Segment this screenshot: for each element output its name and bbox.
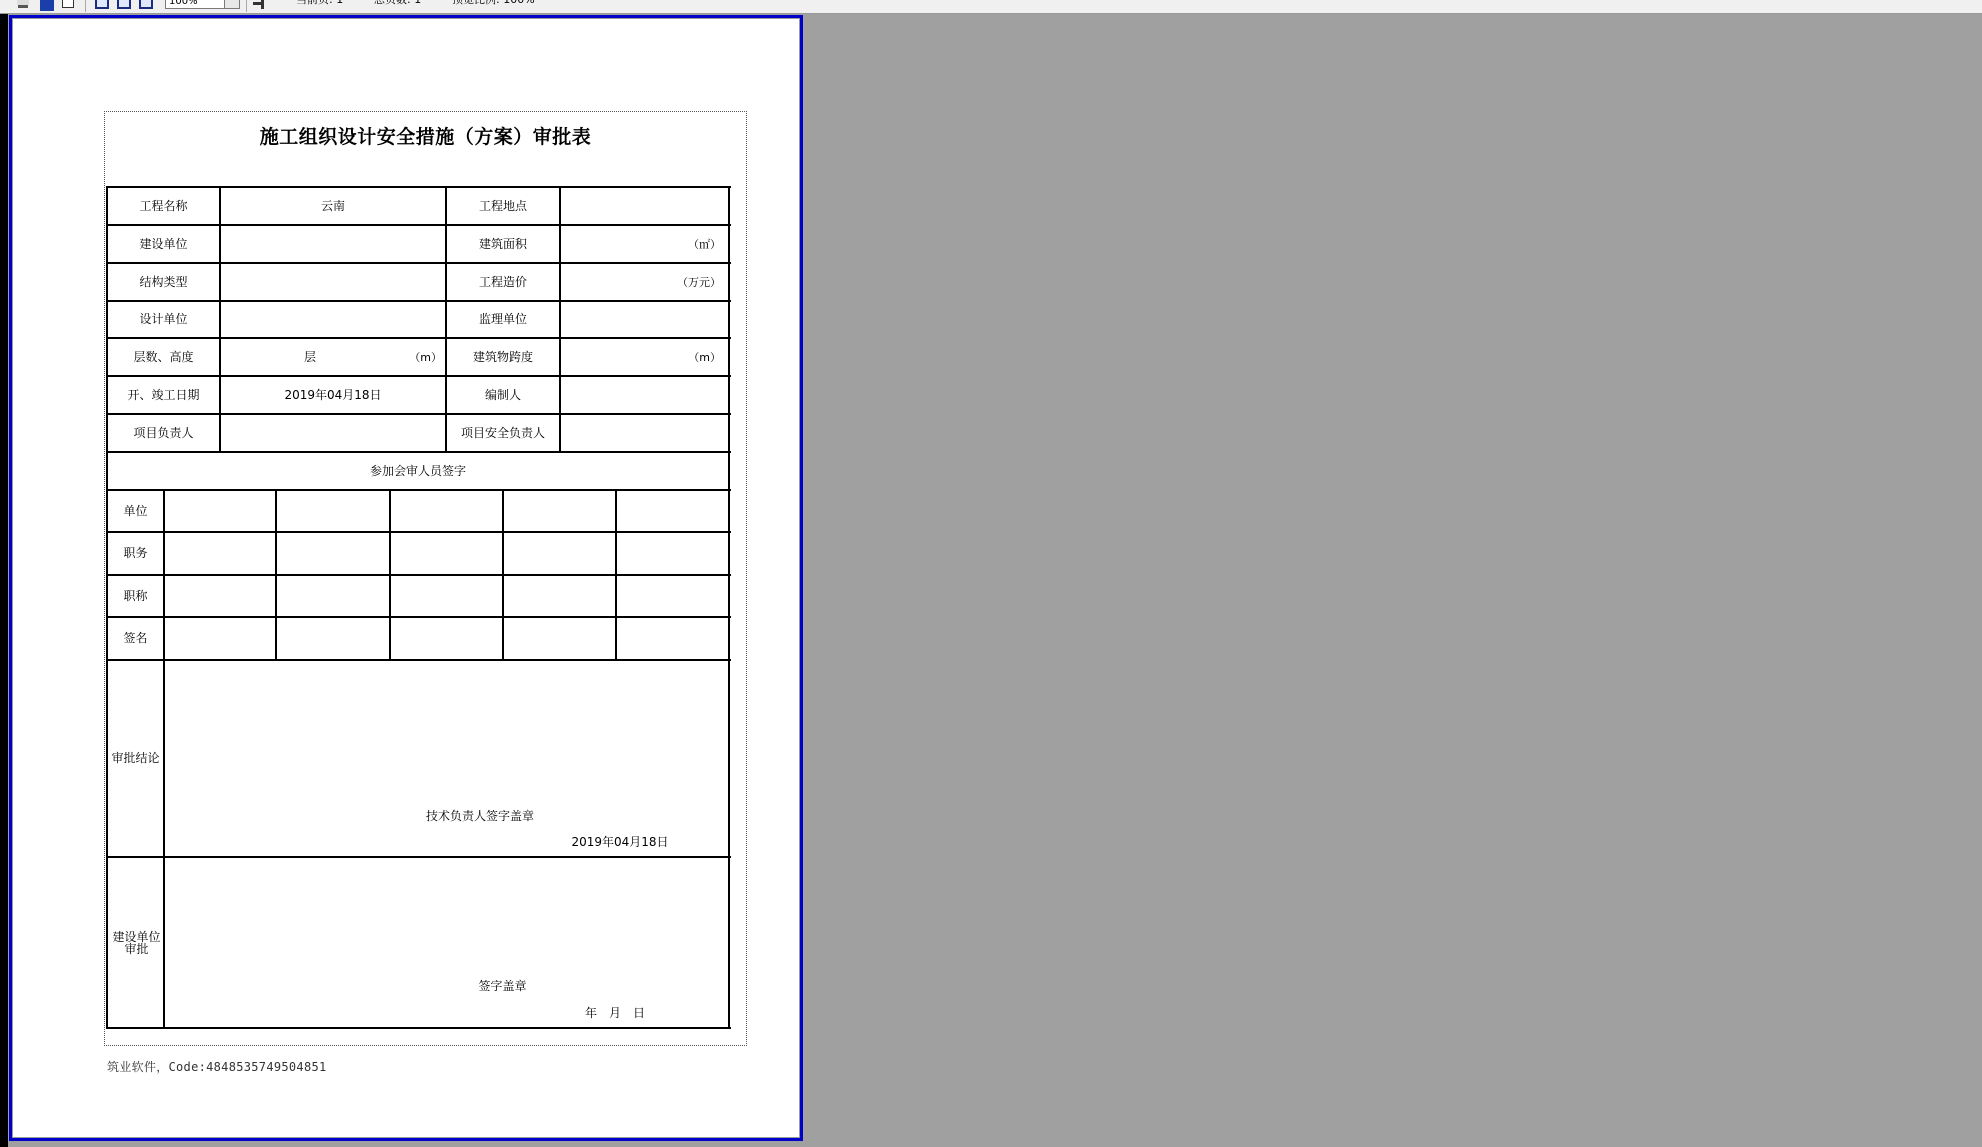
table-rule [275, 489, 277, 533]
table-rule [445, 300, 447, 339]
field-value[interactable] [560, 414, 721, 452]
field-value[interactable]: 云南 [220, 187, 446, 225]
field-label: 项目安全负责人 [446, 414, 560, 452]
signature-cell[interactable] [276, 617, 390, 660]
owner-approval-label: 建设单位审批 [109, 857, 164, 1028]
table-rule [445, 262, 447, 302]
unit-label: （m） [386, 338, 442, 376]
table-rule [502, 531, 504, 576]
signature-cell[interactable] [616, 490, 729, 532]
field-value[interactable] [220, 263, 446, 301]
table-rule [389, 616, 391, 661]
table-rule [389, 574, 391, 618]
signature-cell[interactable] [276, 575, 390, 617]
signature-cell[interactable] [390, 490, 503, 532]
signature-row-label: 职务 [107, 532, 164, 575]
table-rule [163, 574, 165, 618]
field-label: 设计单位 [107, 301, 220, 338]
signature-cell[interactable] [616, 532, 729, 575]
single-page-view-icon[interactable] [95, 0, 109, 9]
field-label: 建设单位 [107, 225, 220, 263]
table-rule [445, 413, 447, 453]
signature-cell[interactable] [503, 575, 616, 617]
table-rule [445, 224, 447, 264]
field-label: 开、竣工日期 [107, 376, 220, 414]
field-value[interactable] [560, 187, 721, 225]
window-edge [0, 14, 8, 1147]
toolbar-divider [85, 0, 86, 12]
document-title: 施工组织设计安全措施（方案）审批表 [104, 122, 747, 149]
exit-icon[interactable] [253, 0, 267, 9]
field-label: 建筑物跨度 [446, 338, 560, 376]
owner-signature-label: 签字盖章 [440, 972, 565, 1000]
book-icon[interactable] [40, 0, 54, 11]
signature-cell[interactable] [276, 490, 390, 532]
signature-cell[interactable] [390, 575, 503, 617]
field-label: 工程地点 [446, 187, 560, 225]
table-rule [559, 262, 561, 302]
total-pages-label: 总页数: 1 [374, 0, 421, 8]
table-rule [502, 489, 504, 533]
unit-label: （㎡） [560, 225, 721, 263]
table-rule [163, 616, 165, 661]
field-label: 项目负责人 [107, 414, 220, 452]
table-rule [219, 337, 221, 377]
table-rule [163, 531, 165, 576]
toolbar-divider [246, 0, 247, 12]
preview-scale-label: 预览比例: 100% [452, 0, 535, 8]
table-rule [559, 224, 561, 264]
signature-cell[interactable] [616, 617, 729, 660]
preview-toolbar: 100% 当前页: 1 总页数: 1 预览比例: 100% [0, 0, 1982, 14]
table-rule [275, 616, 277, 661]
table-rule [219, 224, 221, 264]
table-rule [445, 337, 447, 377]
signature-cell[interactable] [164, 617, 276, 660]
table-rule [615, 574, 617, 618]
table-rule [219, 262, 221, 302]
table-rule [559, 186, 561, 226]
zoom-tool-icon[interactable] [62, 0, 74, 8]
approval-conclusion-area[interactable] [164, 660, 729, 827]
table-border-right [728, 186, 730, 1029]
multi-page-view-icon[interactable] [139, 0, 153, 9]
table-rule [275, 574, 277, 618]
zoom-select[interactable]: 100% [165, 0, 240, 9]
signature-cell[interactable] [390, 617, 503, 660]
table-rule [445, 375, 447, 415]
signature-cell[interactable] [164, 532, 276, 575]
field-label: 监理单位 [446, 301, 560, 338]
signature-row-label: 职称 [107, 575, 164, 617]
signature-cell[interactable] [616, 575, 729, 617]
field-label: 编制人 [446, 376, 560, 414]
field-value[interactable] [220, 225, 446, 263]
field-label: 工程名称 [107, 187, 220, 225]
table-rule [559, 300, 561, 339]
signature-cell[interactable] [164, 490, 276, 532]
signature-cell[interactable] [164, 575, 276, 617]
table-rule [559, 375, 561, 415]
field-label: 建筑面积 [446, 225, 560, 263]
field-value[interactable] [560, 376, 721, 414]
table-rule [219, 186, 221, 226]
chevron-down-icon[interactable] [224, 0, 239, 8]
field-label: 工程造价 [446, 263, 560, 301]
table-rule [615, 616, 617, 661]
unit-label: （m） [560, 338, 721, 376]
table-rule [445, 186, 447, 226]
signature-cell[interactable] [503, 490, 616, 532]
field-label: 结构类型 [107, 263, 220, 301]
table-rule [615, 489, 617, 533]
table-rule [559, 337, 561, 377]
table-rule [502, 616, 504, 661]
signature-cell[interactable] [503, 532, 616, 575]
field-value[interactable] [560, 301, 721, 338]
current-page-label: 当前页: 1 [296, 0, 343, 8]
zoom-select-value: 100% [169, 0, 198, 7]
technical-lead-signature-label: 技术负责人签字盖章 [400, 803, 560, 830]
table-border-left [106, 186, 108, 1029]
signature-cell[interactable] [276, 532, 390, 575]
printer-icon[interactable] [16, 0, 30, 11]
owner-approval-area[interactable] [164, 857, 729, 988]
signature-row-label: 签名 [107, 617, 164, 660]
field-value[interactable] [220, 301, 446, 338]
table-rule [559, 413, 561, 453]
table-rule [219, 413, 221, 453]
table-rule [219, 375, 221, 415]
approval-label: 审批结论 [107, 660, 164, 857]
signature-row-label: 单位 [107, 490, 164, 532]
table-rule [615, 531, 617, 576]
two-page-view-icon[interactable] [117, 0, 131, 9]
approval-date: 2019年04月18日 [560, 830, 680, 855]
signature-section-title: 参加会审人员签字 [107, 452, 729, 490]
unit-label: （万元） [560, 263, 721, 301]
table-rule [502, 574, 504, 618]
table-rule [163, 489, 165, 533]
owner-approval-date: 年 月 日 [570, 1001, 660, 1026]
footer-code: 筑业软件，Code:4848535749504851 [107, 1058, 327, 1075]
table-rule [389, 489, 391, 533]
signature-cell[interactable] [503, 617, 616, 660]
table-rule [107, 1027, 731, 1029]
signature-cell[interactable] [390, 532, 503, 575]
field-value[interactable]: 层 [220, 338, 400, 376]
table-rule [219, 300, 221, 339]
table-rule [275, 531, 277, 576]
field-value[interactable] [220, 414, 446, 452]
field-value[interactable]: 2019年04月18日 [220, 376, 446, 414]
table-rule [389, 531, 391, 576]
field-label: 层数、高度 [107, 338, 220, 376]
